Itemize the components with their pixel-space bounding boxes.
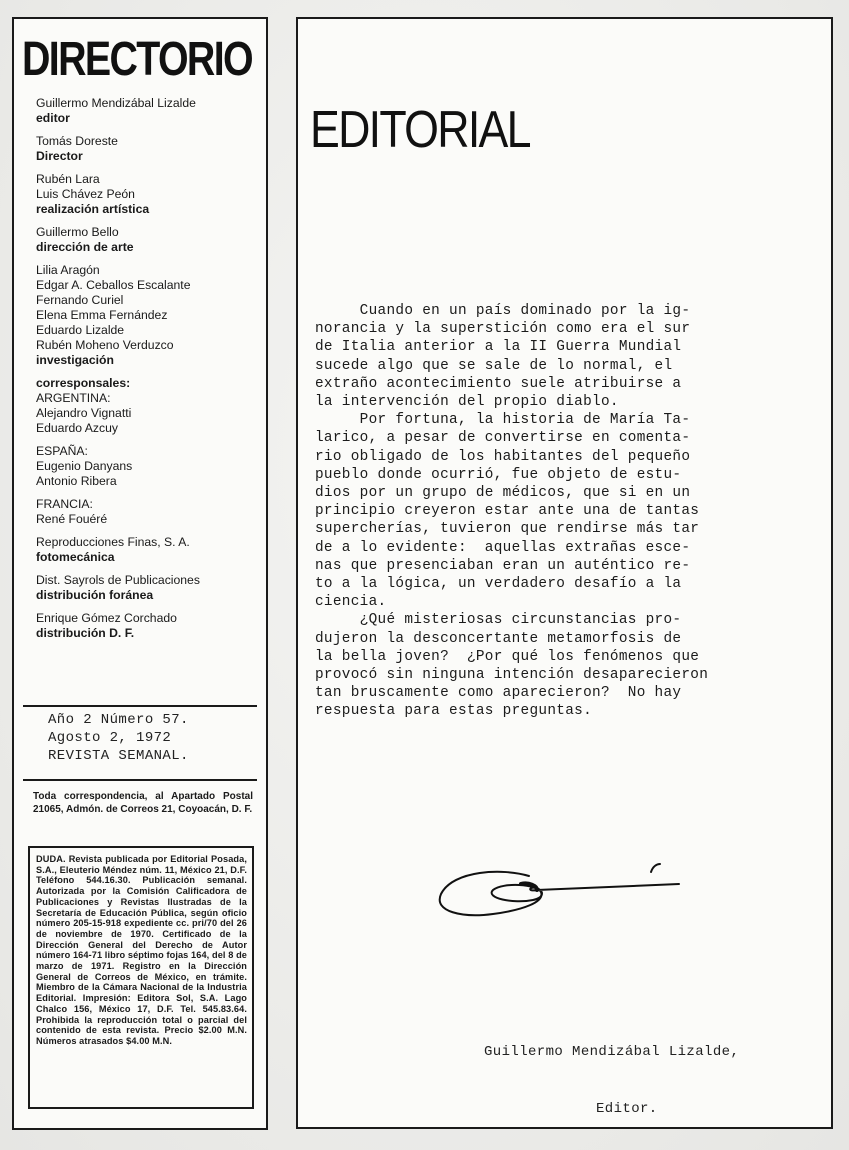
divider (23, 705, 257, 707)
body-line: la intervención del propio diablo. (315, 393, 815, 411)
body-line: norancia y la superstición como era el s… (315, 320, 815, 338)
issue-number: Año 2 Número 57. (48, 711, 189, 729)
body-line: dujeron la desconcertante metamorfosis d… (315, 630, 815, 648)
credit-name: Alejandro Vignatti (36, 406, 266, 421)
body-line: ciencia. (315, 593, 815, 611)
credit-role: investigación (36, 353, 266, 368)
credit-name: Elena Emma Fernández (36, 308, 266, 323)
credit-name: ARGENTINA: (36, 391, 266, 406)
credit-name: Rubén Lara (36, 172, 266, 187)
body-line: nas que presenciaban eran un auténtico r… (315, 557, 815, 575)
editorial-body: Cuando en un país dominado por la ig-nor… (315, 302, 815, 721)
issue-frequency: REVISTA SEMANAL. (48, 747, 189, 765)
body-line: Cuando en un país dominado por la ig- (315, 302, 815, 320)
credit-name: Luis Chávez Peón (36, 187, 266, 202)
credit-name: Reproducciones Finas, S. A. (36, 535, 266, 550)
credit-group: Lilia AragónEdgar A. Ceballos EscalanteF… (36, 263, 266, 368)
body-line: to a la lógica, un verdadero desafío a l… (315, 575, 815, 593)
legal-notice-box: DUDA. Revista publicada por Editorial Po… (28, 846, 254, 1109)
signer-title: Editor. (484, 1100, 739, 1119)
body-line: larico, a pesar de convertirse en coment… (315, 429, 815, 447)
body-line: supercherías, tuvieron que rendirse más … (315, 520, 815, 538)
editorial-title: EDITORIAL (310, 104, 530, 156)
body-line: principio creyeron estar ante una de tan… (315, 502, 815, 520)
credit-role: corresponsales: (36, 376, 266, 391)
credit-name: Dist. Sayrols de Publicaciones (36, 573, 266, 588)
body-line: ¿Qué misteriosas circunstancias pro- (315, 611, 815, 629)
credit-name: Eugenio Danyans (36, 459, 266, 474)
credit-name: Enrique Gómez Corchado (36, 611, 266, 626)
divider (23, 779, 257, 781)
credit-name: Edgar A. Ceballos Escalante (36, 278, 266, 293)
signer: Guillermo Mendizábal Lizalde, Editor. (484, 1005, 739, 1138)
body-line: de a lo evidente: aquellas extrañas esce… (315, 539, 815, 557)
credit-name: Guillermo Mendizábal Lizalde (36, 96, 266, 111)
credit-role: dirección de arte (36, 240, 266, 255)
credit-name: FRANCIA: (36, 497, 266, 512)
credit-name: Rubén Moheno Verduzco (36, 338, 266, 353)
credit-name: Lilia Aragón (36, 263, 266, 278)
credit-name: Tomás Doreste (36, 134, 266, 149)
directory-title: DIRECTORIO (22, 36, 252, 84)
body-line: dios por un grupo de médicos, que si en … (315, 484, 815, 502)
credit-group: Guillermo Mendizábal Lizaldeeditor (36, 96, 266, 126)
correspondence-address: Toda correspondencia, al Apartado Postal… (33, 791, 253, 816)
issue-date: Agosto 2, 1972 (48, 729, 189, 747)
body-line: pueblo donde ocurrió, fue objeto de estu… (315, 466, 815, 484)
signature-icon (433, 860, 683, 932)
body-line: provocó sin ninguna intención desapareci… (315, 666, 815, 684)
credit-name: Fernando Curiel (36, 293, 266, 308)
body-line: de Italia anterior a la II Guerra Mundia… (315, 338, 815, 356)
credit-group: FRANCIA:René Fouéré (36, 497, 266, 527)
credit-group: Dist. Sayrols de Publicacionesdistribuci… (36, 573, 266, 603)
body-line: tan bruscamente como aparecieron? No hay (315, 684, 815, 702)
credit-role: distribución foránea (36, 588, 266, 603)
credit-group: Enrique Gómez Corchadodistribución D. F. (36, 611, 266, 641)
body-line: sucede algo que se sale de lo normal, el (315, 357, 815, 375)
signer-name: Guillermo Mendizábal Lizalde, (484, 1043, 739, 1062)
credit-name: René Fouéré (36, 512, 266, 527)
credit-role: realización artística (36, 202, 266, 217)
credit-role: editor (36, 111, 266, 126)
credit-name: Guillermo Bello (36, 225, 266, 240)
body-line: respuesta para estas preguntas. (315, 702, 815, 720)
credit-name: ESPAÑA: (36, 444, 266, 459)
legal-notice: DUDA. Revista publicada por Editorial Po… (36, 854, 247, 1047)
body-line: extraño acontecimiento suele atribuirse … (315, 375, 815, 393)
body-line: Por fortuna, la historia de María Ta- (315, 411, 815, 429)
credit-group: Rubén LaraLuis Chávez Peónrealización ar… (36, 172, 266, 217)
credits-list: Guillermo Mendizábal LizaldeeditorTomás … (36, 96, 266, 649)
credit-group: Reproducciones Finas, S. A.fotomecánica (36, 535, 266, 565)
credit-name: Eduardo Azcuy (36, 421, 266, 436)
credit-group: Guillermo Bellodirección de arte (36, 225, 266, 255)
credit-name: Eduardo Lizalde (36, 323, 266, 338)
credit-group: ESPAÑA:Eugenio DanyansAntonio Ribera (36, 444, 266, 489)
issue-info: Año 2 Número 57. Agosto 2, 1972 REVISTA … (48, 711, 189, 765)
body-line: la bella joven? ¿Por qué los fenómenos q… (315, 648, 815, 666)
credit-group: Tomás DoresteDirector (36, 134, 266, 164)
body-line: rio obligado de los habitantes del peque… (315, 448, 815, 466)
credit-name: Antonio Ribera (36, 474, 266, 489)
credit-group: corresponsales:ARGENTINA:Alejandro Vigna… (36, 376, 266, 436)
credit-role: distribución D. F. (36, 626, 266, 641)
credit-role: fotomecánica (36, 550, 266, 565)
credit-role: Director (36, 149, 266, 164)
